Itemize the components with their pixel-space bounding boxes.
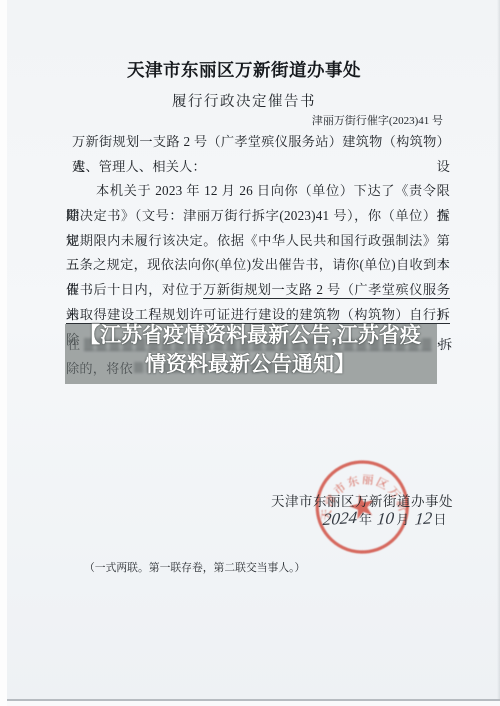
date-month-unit: 月 [396, 512, 409, 527]
banner-overlay-text: 【江苏省疫情资料最新公告,江苏省疫 情资料最新公告通知】 [28, 321, 472, 379]
date-year-unit: 年 [359, 512, 372, 527]
body-line: 除决定书》（文号：津丽万街行拆字(2023)41 号），你（单位）在规 [66, 204, 450, 229]
body-text-segment: 告书后十日内，对位于 [66, 282, 203, 297]
body-line: 本机关于 2023 年 12 月 26 日向你（单位）下达了《责令限期拆 [66, 179, 450, 204]
body-text-segment: 人、管理人、相关人： [72, 159, 206, 174]
issue-date: 2024年 10月 12日 [321, 509, 447, 529]
body-text: 万新街规划一支路 2 号（广孝堂殡仪服务站）建筑物（构筑物）建设人、管理人、相关… [66, 130, 450, 328]
body-line: 定期限内未履行该决定。依据《中华人民共和国行政强制法》第三十 [66, 229, 450, 254]
issuer-title: 天津市东丽区万新街道办事处 [0, 57, 488, 82]
doc-number: 津丽万街行催字(2023)41 号 [312, 112, 443, 128]
banner-line-2: 情资料最新公告通知】 [28, 350, 472, 379]
body-line: 告书后十日内，对位于万新街规划一支路 2 号（广孝堂殡仪服务站） [66, 278, 450, 303]
date-year: 2024 [322, 508, 358, 530]
signature-line: 天津市东丽区万新街道办事处 [271, 490, 453, 510]
body-line: 五条之规定，现依法向你(单位)发出催告书，请你(单位)自收到本催 [66, 253, 450, 278]
date-month: 10 [376, 508, 395, 529]
banner-line-1: 【江苏省疫情资料最新公告,江苏省疫 [28, 321, 472, 350]
body-line: 万新街规划一支路 2 号（广孝堂殡仪服务站）建筑物（构筑物）建设 [66, 130, 450, 155]
doc-title: 履行行政决定催告书 [0, 90, 488, 111]
date-day: 12 [414, 508, 433, 529]
footer-note: （一式两联。第一联存卷，第二联交当事人。） [84, 560, 305, 575]
scanned-page: 天津市东丽区万新街道办事处 履行行政决定催告书 津丽万街行催字(2023)41 … [0, 0, 500, 706]
scanner-background [7, 701, 500, 706]
date-day-unit: 日 [434, 512, 447, 527]
obscured-line9-end: 拆 [439, 334, 452, 353]
